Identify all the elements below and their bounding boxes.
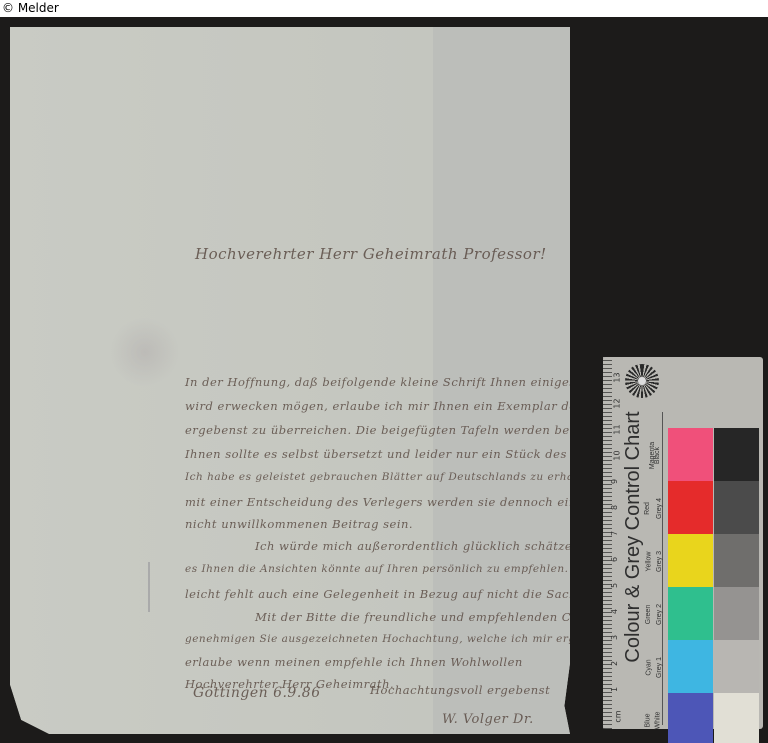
letter-signature: W. Volger Dr.	[442, 712, 534, 727]
ruler-number: 3	[610, 635, 619, 640]
patch-green	[668, 587, 713, 640]
letter-line: Ich würde mich außerordentlich glücklich…	[255, 539, 645, 553]
grey-label: Black	[654, 447, 661, 464]
credit-bar: © Melder	[0, 0, 768, 17]
ruler-number: 7	[610, 531, 619, 536]
patch-magenta	[668, 428, 713, 481]
copyright-credit: © Melder	[2, 0, 59, 16]
color-label: Yellow	[645, 552, 652, 572]
document-scan: Hochverehrter Herr Geheimrath Professor!…	[0, 17, 768, 743]
siemens-star-center	[638, 377, 646, 385]
letter-closing: Hochachtungsvoll ergebenst	[370, 683, 550, 697]
chart-title: Colour & Grey Control Chart	[621, 387, 645, 687]
patch-black	[714, 428, 759, 481]
patch-label-pair: Magenta Black	[647, 428, 663, 481]
letter-line: Ich habe es geleistet gebrauchen Blätter…	[185, 471, 632, 483]
patch-label-pair: Cyan Grey 1	[647, 640, 663, 693]
patch-grey-3	[714, 534, 759, 587]
letter-line: ergebenst zu überreichen. Die beigefügte…	[185, 423, 621, 437]
patch-grey-4	[714, 481, 759, 534]
grey-label: Grey 1	[656, 657, 663, 678]
grey-label: Grey 3	[656, 551, 663, 572]
letter-line: Ihnen sollte es selbst übersetzt und lei…	[185, 447, 567, 461]
letter-line: In der Hoffnung, daß beifolgende kleine …	[185, 375, 639, 389]
patch-label-pair: Yellow Grey 3	[647, 534, 663, 587]
ruler-number: 5	[610, 583, 619, 588]
ruler-unit: cm	[614, 710, 623, 722]
patch-white	[714, 693, 759, 743]
letter-salutation: Hochverehrter Herr Geheimrath Professor!	[195, 245, 547, 263]
grey-label: Grey 2	[656, 604, 663, 625]
patch-cyan	[668, 640, 713, 693]
letter-line: nicht unwillkommenen Beitrag sein.	[185, 517, 413, 531]
ruler-number: 13	[613, 372, 622, 382]
ruler-number: 2	[610, 661, 619, 666]
letter-line: mit einer Entscheidung des Verlegers wer…	[185, 495, 592, 509]
patch-labels: Magenta Black Red Grey 4 Yellow Grey 3 G…	[647, 412, 663, 725]
letter-paper: Hochverehrter Herr Geheimrath Professor!…	[10, 27, 570, 734]
letter-line: erlaube wenn meinen empfehle ich Ihnen W…	[185, 655, 523, 669]
ruler-number: 8	[610, 505, 619, 510]
patch-label-pair: Blue White	[647, 693, 663, 743]
grey-label: Grey 4	[656, 498, 663, 519]
ruler-number: 1	[610, 687, 619, 692]
letter-line: genehmigen Sie ausgezeichneten Hochachtu…	[185, 633, 614, 645]
color-label: Green	[645, 605, 652, 624]
patch-grey-1	[714, 640, 759, 693]
color-label: Red	[644, 502, 651, 515]
ruler-number: 9	[610, 479, 619, 484]
color-patches	[668, 428, 760, 743]
patch-blue	[668, 693, 713, 743]
grey-label: White	[654, 712, 661, 730]
colour-control-chart: cm 1 2 3 4 5 6 7 8 9 10 11 12 13 Colour …	[603, 357, 763, 729]
paper-stain	[110, 317, 180, 387]
letter-line: Mit der Bitte die freundliche und empfeh…	[255, 610, 621, 624]
color-label: Cyan	[646, 659, 653, 675]
color-label: Blue	[645, 713, 652, 727]
patch-yellow	[668, 534, 713, 587]
patch-label-pair: Red Grey 4	[647, 481, 663, 534]
patch-label-pair: Green Grey 2	[647, 587, 663, 640]
ruler-number: 6	[610, 557, 619, 562]
patch-grey-2	[714, 587, 759, 640]
letter-line: leicht fehlt auch eine Gelegenheit in Be…	[185, 587, 620, 601]
ruler-number: 4	[610, 609, 619, 614]
letter-line: wird erwecken mögen, erlaube ich mir Ihn…	[185, 399, 624, 413]
letter-place-date: Göttingen 6.9.86	[193, 685, 321, 701]
patch-red	[668, 481, 713, 534]
letter-line: es Ihnen die Ansichten könnte auf Ihren …	[185, 563, 595, 575]
pencil-mark	[148, 562, 150, 612]
